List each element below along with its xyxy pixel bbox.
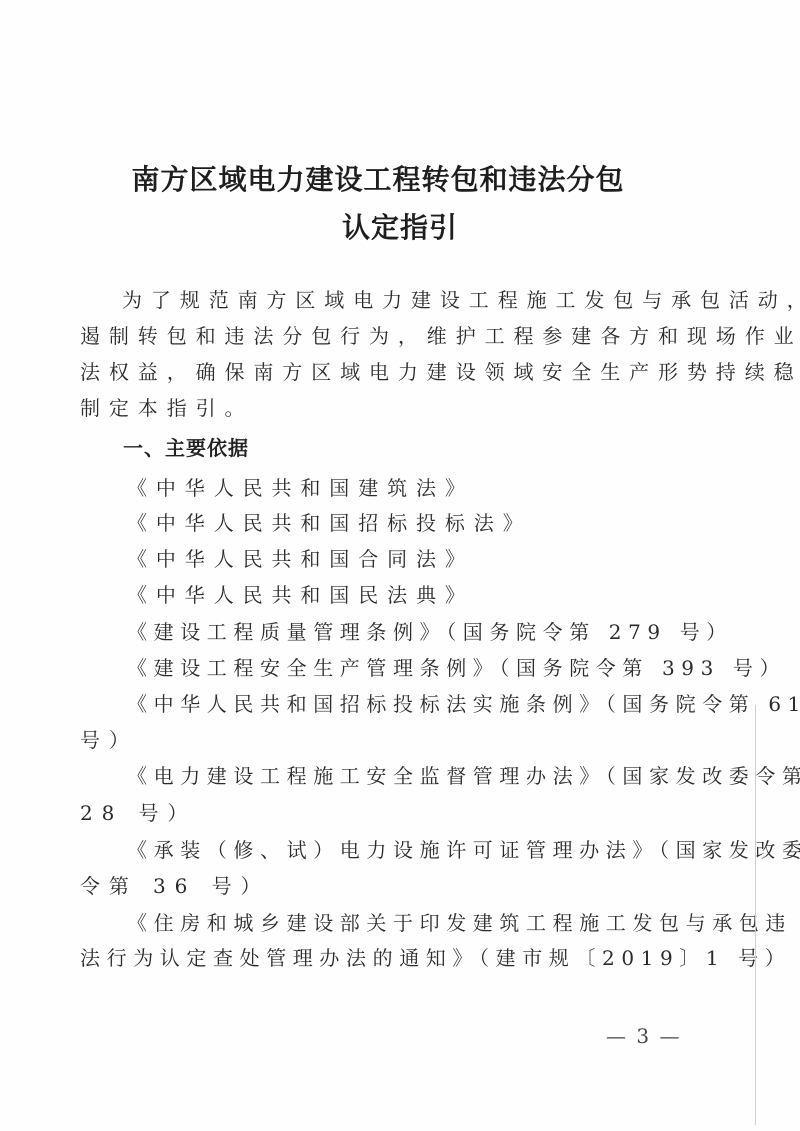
reference-item: 《建设工程安全生产管理条例》（国务院令第 393 号） bbox=[127, 656, 786, 680]
intro-line-1: 为了规范南方区域电力建设工程施工发包与承包活动，有效 bbox=[122, 288, 800, 312]
reference-item: 《中华人民共和国招标投标法》 bbox=[127, 511, 532, 535]
reference-item-continuation: 令第 36 号） bbox=[80, 874, 269, 898]
document-page: 南方区域电力建设工程转包和违法分包 认定指引 为了规范南方区域电力建设工程施工发… bbox=[0, 0, 800, 1131]
reference-item: 《电力建设工程施工安全监督管理办法》（国家发改委令第 bbox=[127, 764, 800, 788]
document-title-line-2: 认定指引 bbox=[0, 206, 800, 246]
reference-item: 《中华人民共和国民法典》 bbox=[127, 583, 474, 607]
reference-item: 《住房和城乡建设部关于印发建筑工程施工发包与承包违 bbox=[127, 911, 792, 935]
reference-item-continuation: 法行为认定查处管理办法的通知》（建市规〔2019〕1 号） bbox=[80, 946, 791, 970]
intro-line-3: 法权益，确保南方区域电力建设领域安全生产形势持续稳定，特 bbox=[80, 360, 800, 384]
document-title-line-1: 南方区域电力建设工程转包和违法分包 bbox=[0, 158, 778, 198]
scan-artifact-line bbox=[755, 705, 756, 1125]
page-number: — 3 — bbox=[606, 1024, 681, 1048]
reference-item-continuation: 号） bbox=[80, 728, 138, 752]
reference-item: 《中华人民共和国合同法》 bbox=[127, 547, 474, 571]
section-heading-main-basis: 一、主要依据 bbox=[123, 436, 249, 460]
intro-line-2: 遏制转包和违法分包行为，维护工程参建各方和现场作业人员合 bbox=[80, 324, 800, 348]
intro-line-4: 制定本指引。 bbox=[80, 396, 253, 420]
reference-item: 《建设工程质量管理条例》（国务院令第 279 号） bbox=[127, 620, 733, 644]
reference-item-continuation: 28 号） bbox=[80, 801, 196, 825]
reference-item: 《中华人民共和国建筑法》 bbox=[127, 476, 474, 500]
reference-item: 《中华人民共和国招标投标法实施条例》（国务院令第 613 bbox=[127, 692, 800, 716]
reference-item: 《承装（修、试）电力设施许可证管理办法》（国家发改委 bbox=[127, 838, 800, 862]
